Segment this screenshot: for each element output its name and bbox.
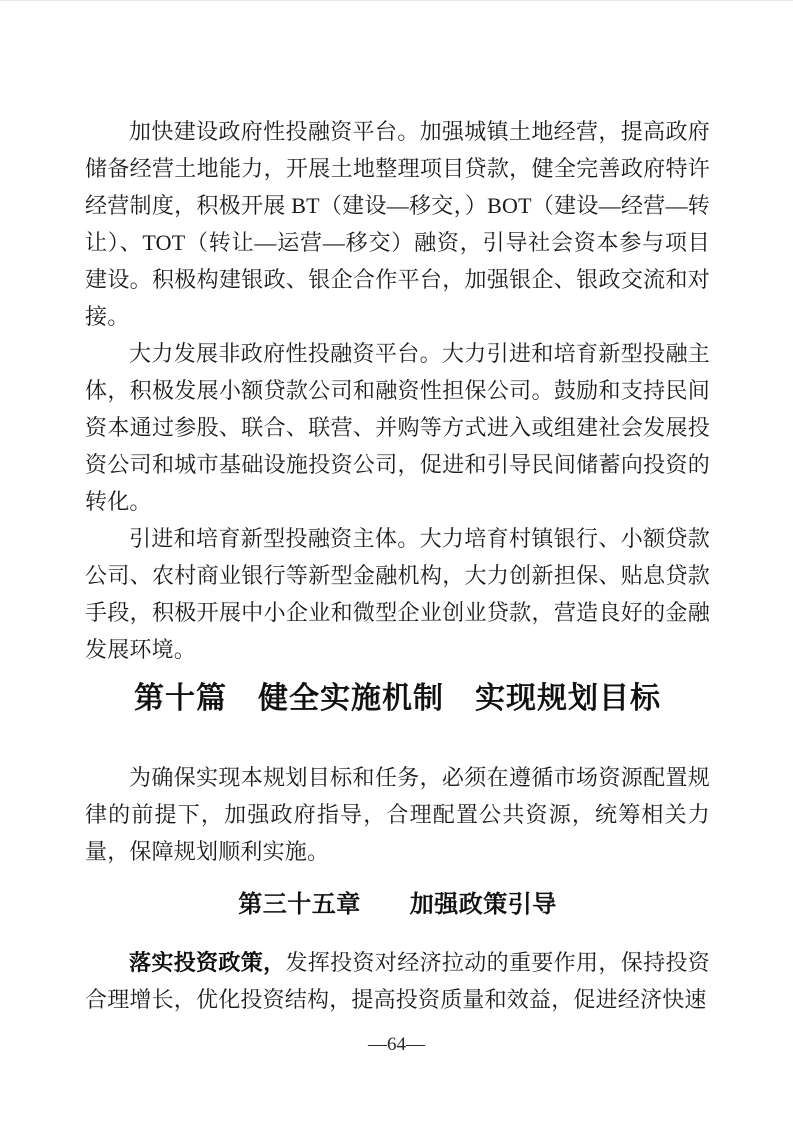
page-number: —64— [0, 1032, 793, 1058]
paragraph-plan-implementation: 为确保实现本规划目标和任务，必须在遵循市场资源配置规律的前提下，加强政府指导，合… [85, 759, 710, 870]
paragraph-investment-policy: 落实投资政策，发挥投资对经济拉动的重要作用，保持投资合理增长，优化投资结构，提高… [85, 944, 710, 1018]
paragraph-nongov-platform: 大力发展非政府性投融资平台。大力引进和培育新型投融主体，积极发展小额贷款公司和融… [85, 335, 710, 520]
paragraph-new-financing-entities: 引进和培育新型投融资主体。大力培育村镇银行、小额贷款公司、农村商业银行等新型金融… [85, 520, 710, 668]
investment-policy-lead-bold: 落实投资政策， [129, 950, 285, 975]
document-page: 加快建设政府性投融资平台。加强城镇土地经营，提高政府储备经营土地能力，开展土地整… [0, 0, 793, 1122]
part-heading: 第十篇 健全实施机制 实现规划目标 [85, 676, 710, 722]
chapter-heading: 第三十五章 加强政策引导 [85, 887, 710, 923]
paragraph-gov-platform: 加快建设政府性投融资平台。加强城镇土地经营，提高政府储备经营土地能力，开展土地整… [85, 113, 710, 335]
